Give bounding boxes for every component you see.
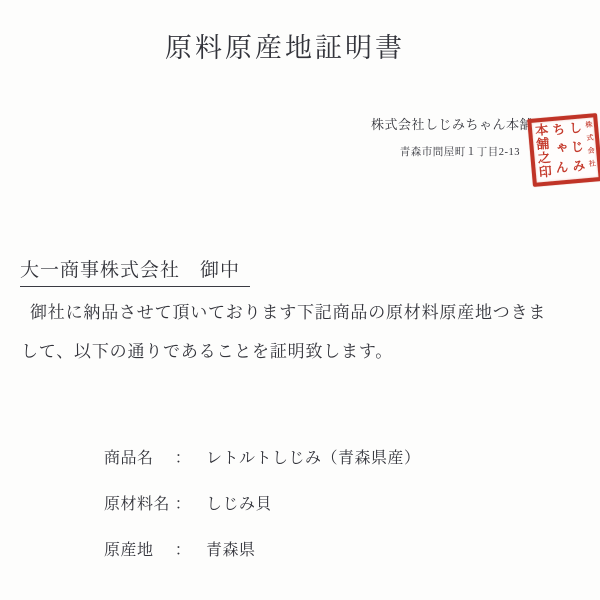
- item-colon: ：: [174, 445, 192, 468]
- item-colon: ：: [174, 491, 192, 514]
- addressee-name: 大一商事株式会社 御中: [20, 255, 250, 287]
- item-value: しじみ貝: [206, 496, 272, 513]
- item-colon: ：: [174, 537, 192, 560]
- item-label: 原産地: [104, 537, 174, 560]
- certificate-document: 原料原産地証明書 株式会社しじみちゃん本舗 青森市問屋町１丁目2-13 本舗之印…: [0, 0, 600, 600]
- company-seal-stamp-icon: 本舗之印 ちゃん しじみ 株式会社: [527, 113, 600, 187]
- document-title: 原料原産地証明書: [0, 32, 570, 64]
- item-value: レトルトしじみ（青森県産）: [206, 450, 421, 467]
- item-value: 青森県: [206, 542, 256, 559]
- seal-text-shijimi: しじみ: [567, 120, 585, 179]
- addressee-line: 大一商事株式会社 御中: [20, 255, 250, 287]
- item-row-product-name: 商品名：レトルトしじみ（青森県産）: [104, 445, 421, 468]
- issuer-company-name: 株式会社しじみちゃん本舗: [371, 114, 533, 133]
- body-text-line-2: して、以下の通りであることを証明致します。: [21, 337, 393, 362]
- issuer-address: 青森市問屋町１丁目2-13: [400, 144, 520, 159]
- body-text-line-1: 御社に納品させて頂いております下記商品の原材料原産地つきま: [30, 298, 546, 323]
- item-label: 商品名: [104, 445, 174, 468]
- item-label: 原材料名: [104, 491, 174, 514]
- seal-text-honpo-no-in: 本舗之印: [534, 123, 552, 182]
- item-row-origin: 原産地：青森県: [104, 537, 256, 560]
- seal-text-chan: ちゃん: [551, 121, 569, 180]
- seal-text-kabushikigaisha: 株式会社: [584, 119, 596, 177]
- item-row-ingredient-name: 原材料名：しじみ貝: [104, 491, 272, 514]
